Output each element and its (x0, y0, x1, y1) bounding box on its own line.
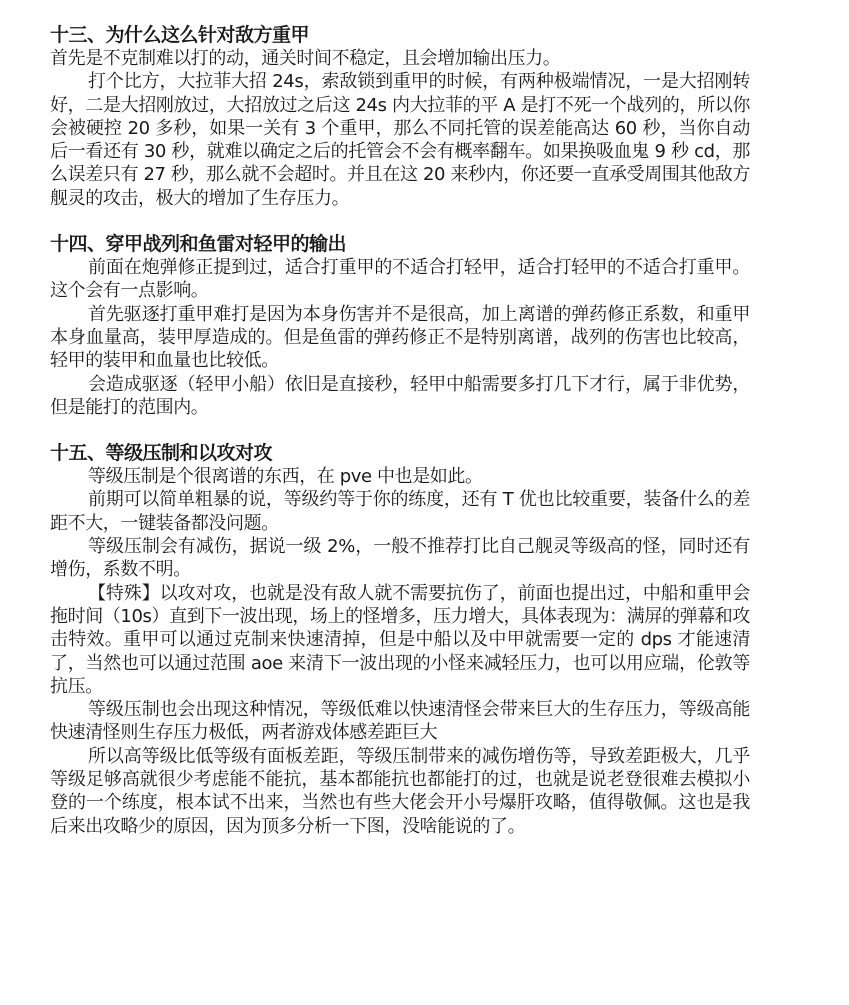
paragraph: 等级压制会有减伤，据说一级 2%，一般不推荐打比自己舰灵等级高的怪，同时还有增伤… (50, 535, 750, 582)
paragraph: 前面在炮弹修正提到过，适合打重甲的不适合打轻甲，适合打轻甲的不适合打重甲。这个会… (50, 256, 750, 303)
paragraph: 打个比方，大拉菲大招 24s，索敌锁到重甲的时候，有两种极端情况，一是大招刚转好… (50, 70, 750, 210)
paragraph: 等级压制也会出现这种情况，等级低难以快速清怪会带来巨大的生存压力，等级高能快速清… (50, 698, 750, 745)
section-13: 十三、为什么这么针对敌方重甲 首先是不克制难以打的动，通关时间不稳定，且会增加输… (50, 24, 750, 210)
section-14: 十四、穿甲战列和鱼雷对轻甲的输出 前面在炮弹修正提到过，适合打重甲的不适合打轻甲… (50, 233, 750, 419)
section-heading: 十四、穿甲战列和鱼雷对轻甲的输出 (50, 233, 750, 256)
paragraph: 会造成驱逐（轻甲小船）依旧是直接秒，轻甲中船需要多打几下才行，属于非优势，但是能… (50, 373, 750, 420)
document-body: 十三、为什么这么针对敌方重甲 首先是不克制难以打的动，通关时间不稳定，且会增加输… (50, 24, 750, 861)
paragraph: 等级压制是个很离谱的东西，在 pve 中也是如此。 (50, 465, 750, 488)
paragraph: 首先是不克制难以打的动，通关时间不稳定，且会增加输出压力。 (50, 47, 750, 70)
section-heading: 十五、等级压制和以攻对攻 (50, 442, 750, 465)
paragraph: 前期可以简单粗暴的说，等级约等于你的练度，还有 T 优也比较重要，装备什么的差距… (50, 488, 750, 535)
paragraph: 首先驱逐打重甲难打是因为本身伤害并不是很高，加上离谱的弹药修正系数，和重甲本身血… (50, 303, 750, 373)
paragraph: 所以高等级比低等级有面板差距，等级压制带来的减伤增伤等，导致差距极大，几乎等级足… (50, 745, 750, 838)
paragraph: 【特殊】以攻对攻，也就是没有敌人就不需要抗伤了，前面也提出过，中船和重甲会拖时间… (50, 582, 750, 698)
section-15: 十五、等级压制和以攻对攻 等级压制是个很离谱的东西，在 pve 中也是如此。 前… (50, 442, 750, 838)
section-heading: 十三、为什么这么针对敌方重甲 (50, 24, 750, 47)
